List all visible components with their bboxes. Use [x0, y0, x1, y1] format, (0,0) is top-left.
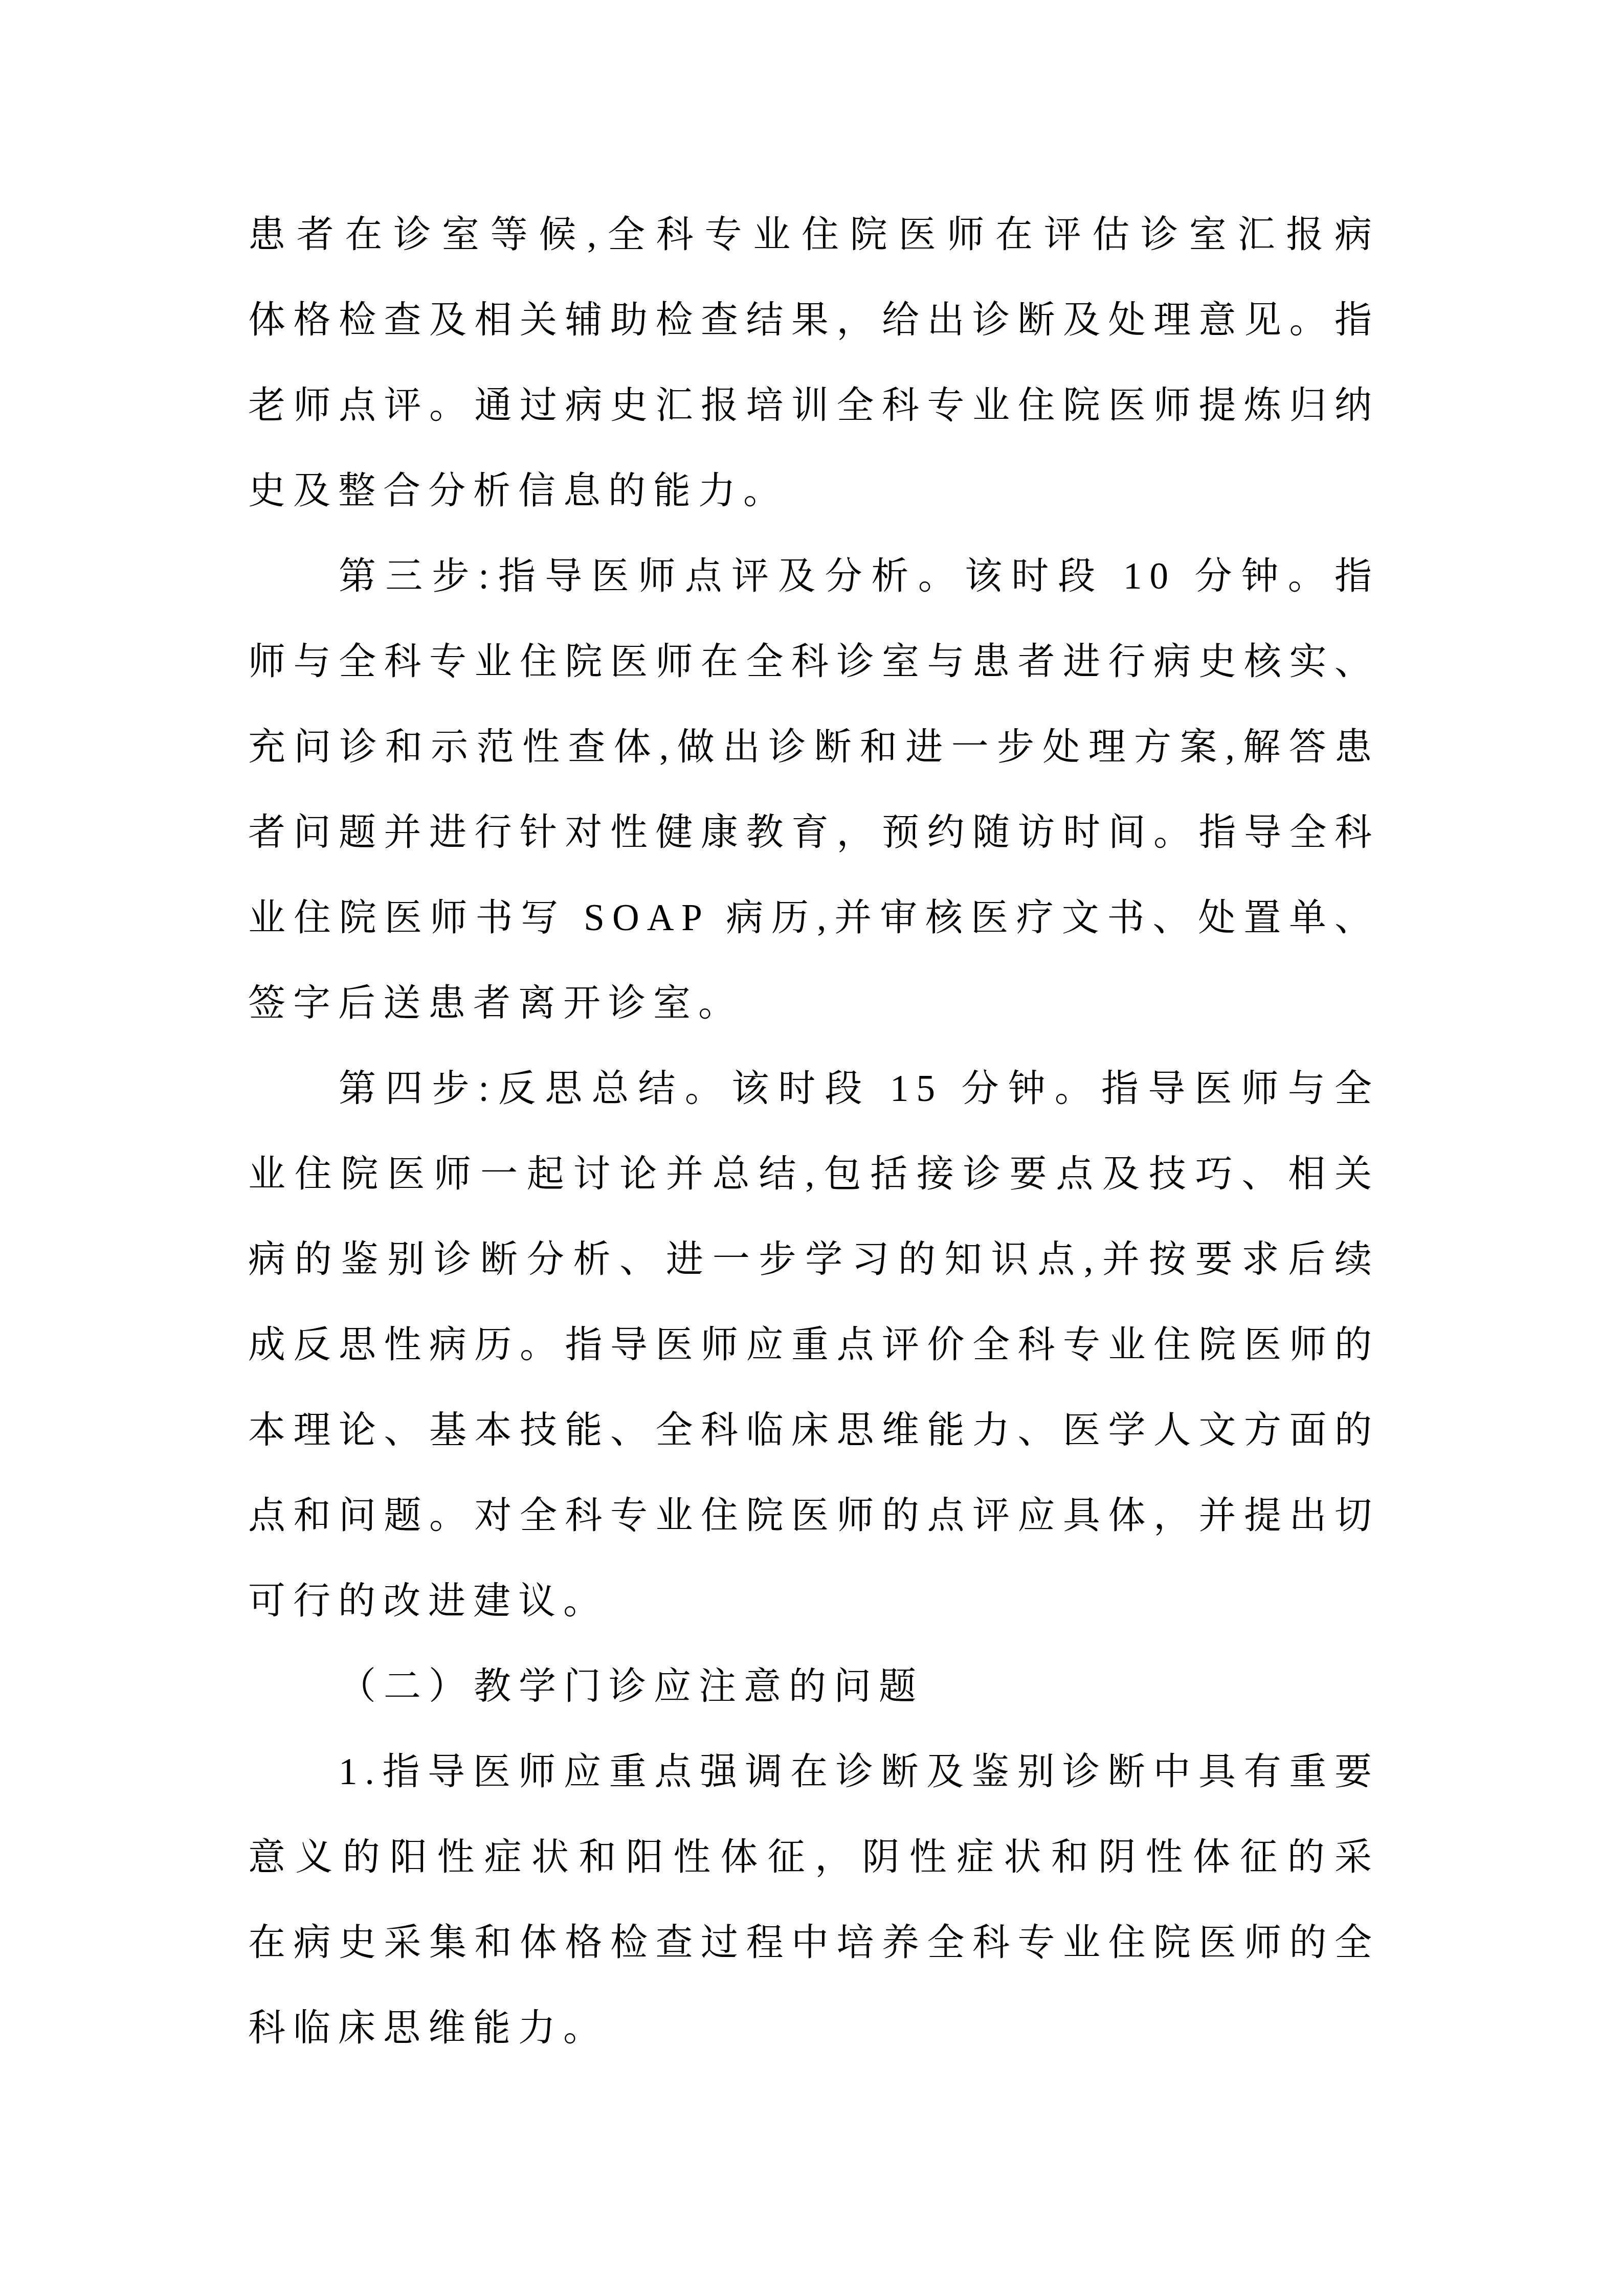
paragraph-section-heading: （二）教学门诊应注意的问题 — [248, 1644, 1380, 1729]
text-line: 史及整合分析信息的能力。 — [248, 448, 1380, 533]
text-line: 第四步:反思总结。该时段 15 分钟。指导医师与全科专 — [248, 1046, 1380, 1131]
text-line: 点和问题。对全科专业住院医师的点评应具体，并提出切实 — [248, 1473, 1380, 1558]
text-line: 者问题并进行针对性健康教育，预约随访时间。指导全科专 — [248, 790, 1380, 875]
text-line: 在病史采集和体格检查过程中培养全科专业住院医师的全 — [248, 1900, 1380, 1985]
text-line: 业住院医师书写 SOAP 病历,并审核医疗文书、处置单、处方， — [248, 875, 1380, 960]
text-line: 业住院医师一起讨论并总结,包括接诊要点及技巧、相关疾 — [248, 1131, 1380, 1217]
text-line: 科临床思维能力。 — [248, 1985, 1380, 2070]
document-page: 患者在诊室等候,全科专业住院医师在评估诊室汇报病史、 体格检查及相关辅助检查结果… — [0, 0, 1624, 2296]
text-line: 1.指导医师应重点强调在诊断及鉴别诊断中具有重要 — [248, 1729, 1380, 1814]
document-text: 患者在诊室等候,全科专业住院医师在评估诊室汇报病史、 体格检查及相关辅助检查结果… — [248, 192, 1380, 2070]
text-line: 体格检查及相关辅助检查结果，给出诊断及处理意见。指导 — [248, 277, 1380, 363]
paragraph-step-three: 第三步:指导医师点评及分析。该时段 10 分钟。指导医 师与全科专业住院医师在全… — [248, 533, 1380, 1046]
section-heading-line: （二）教学门诊应注意的问题 — [248, 1644, 1380, 1729]
paragraph-continued: 患者在诊室等候,全科专业住院医师在评估诊室汇报病史、 体格检查及相关辅助检查结果… — [248, 192, 1380, 533]
text-line: 充问诊和示范性查体,做出诊断和进一步处理方案,解答患 — [248, 704, 1380, 790]
text-line: 本理论、基本技能、全科临床思维能力、医学人文方面的优 — [248, 1387, 1380, 1473]
text-line: 患者在诊室等候,全科专业住院医师在评估诊室汇报病史、 — [248, 192, 1380, 277]
text-line: 签字后送患者离开诊室。 — [248, 960, 1380, 1046]
text-line: 师与全科专业住院医师在全科诊室与患者进行病史核实、补 — [248, 619, 1380, 704]
text-line: 意义的阳性症状和阳性体征，阴性症状和阴性体征的采集, — [248, 1814, 1380, 1900]
text-line: 第三步:指导医师点评及分析。该时段 10 分钟。指导医 — [248, 533, 1380, 619]
paragraph-step-four: 第四步:反思总结。该时段 15 分钟。指导医师与全科专 业住院医师一起讨论并总结… — [248, 1046, 1380, 1644]
text-line: 病的鉴别诊断分析、进一步学习的知识点,并按要求后续完 — [248, 1217, 1380, 1302]
paragraph-item-1: 1.指导医师应重点强调在诊断及鉴别诊断中具有重要 意义的阳性症状和阳性体征，阴性… — [248, 1729, 1380, 2070]
text-line: 可行的改进建议。 — [248, 1558, 1380, 1644]
text-line: 成反思性病历。指导医师应重点评价全科专业住院医师的基 — [248, 1302, 1380, 1387]
text-line: 老师点评。通过病史汇报培训全科专业住院医师提炼归纳病 — [248, 363, 1380, 448]
